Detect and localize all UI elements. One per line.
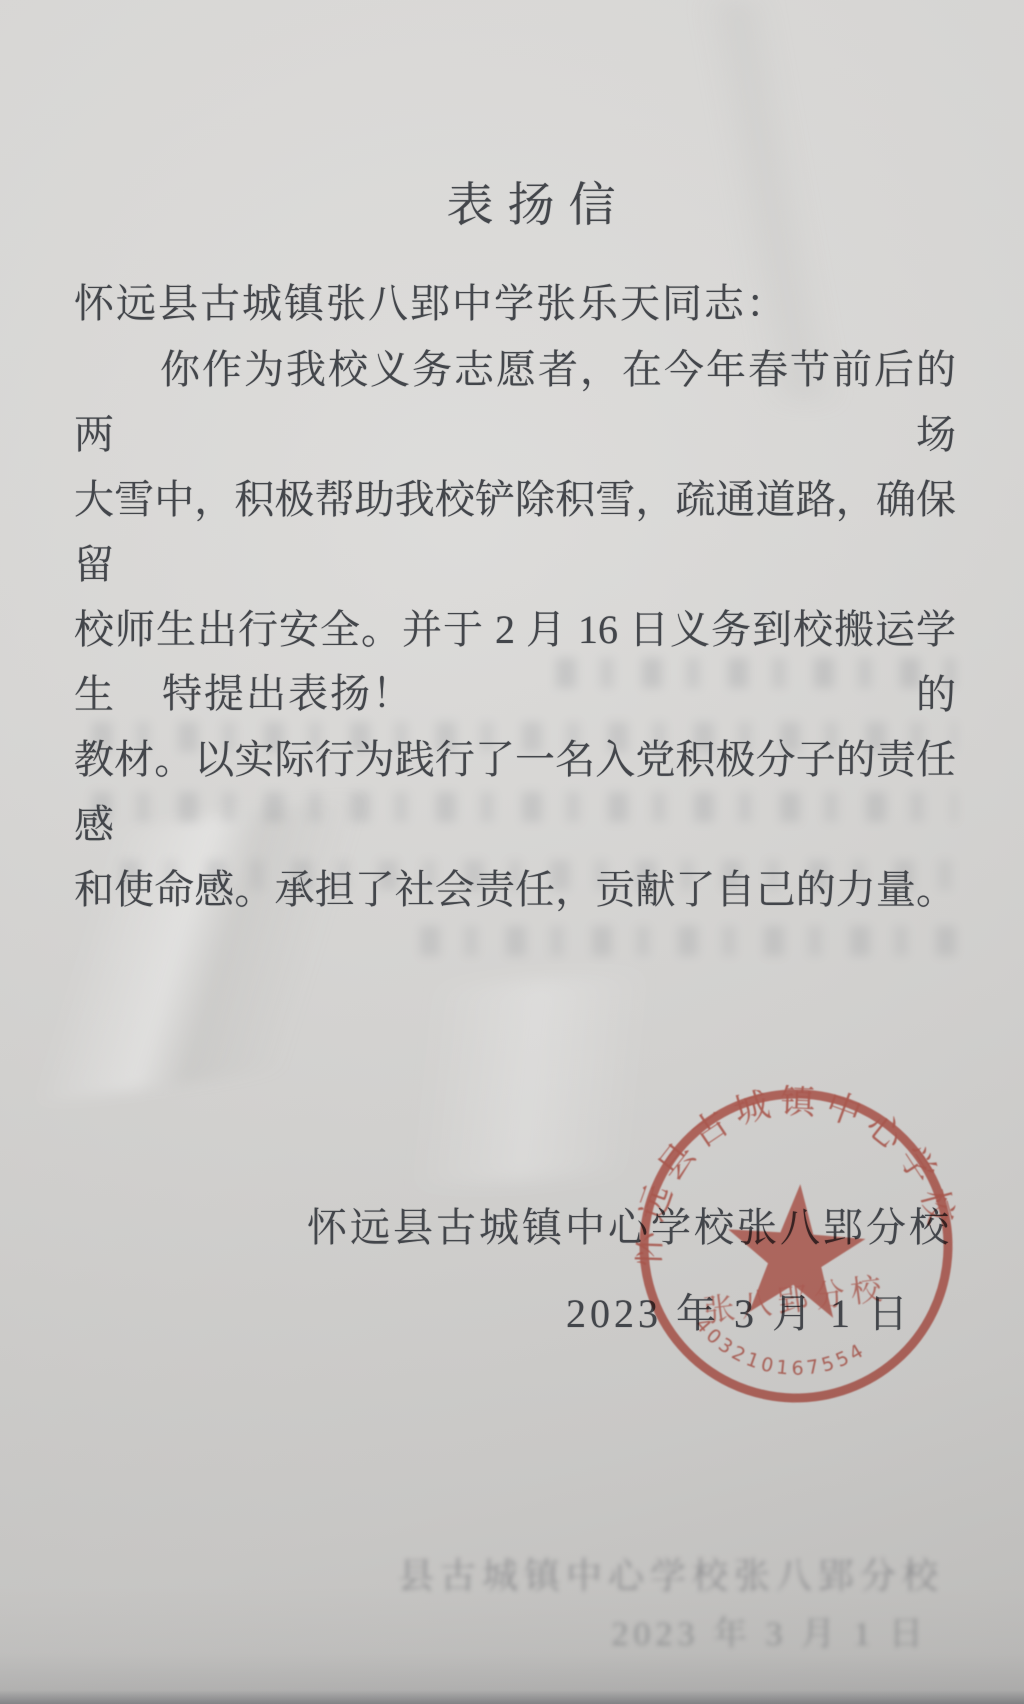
body-line: 和使命感。承担了社会责任，贡献了自己的力量。 bbox=[74, 857, 956, 922]
body-line: 大雪中，积极帮助我校铲除积雪，疏通道路，确保留 bbox=[74, 467, 956, 597]
body-line: 教材。以实际行为践行了一名入党积极分子的责任感 bbox=[74, 727, 956, 857]
photographed-commendation-letter: { "letter": { "title": "表扬信", "salutatio… bbox=[0, 0, 1024, 1704]
body-line: 你作为我校义务志愿者，在今年春节前后的两场 bbox=[74, 337, 956, 467]
official-red-seal: 怀远县古城镇中心学校 张八郢分校 403210167554 bbox=[625, 1075, 967, 1417]
letter-title: 表扬信 bbox=[26, 168, 1024, 235]
letter-salutation: 怀远县古城镇张八郢中学张乐天同志： bbox=[74, 272, 974, 329]
letter-body: 你作为我校义务志愿者，在今年春节前后的两场 大雪中，积极帮助我校铲除积雪，疏通道… bbox=[74, 337, 956, 922]
bleed-through-smudge bbox=[420, 926, 956, 956]
photo-bottom-edge bbox=[0, 1690, 1024, 1704]
bleed-through-signature: 县古城镇中心学校张八郢分校 bbox=[398, 1548, 944, 1599]
bleed-through-date: 2023 年 3 月 1 日 bbox=[612, 1606, 929, 1655]
letter-closing: 特提出表扬！ bbox=[162, 662, 414, 719]
